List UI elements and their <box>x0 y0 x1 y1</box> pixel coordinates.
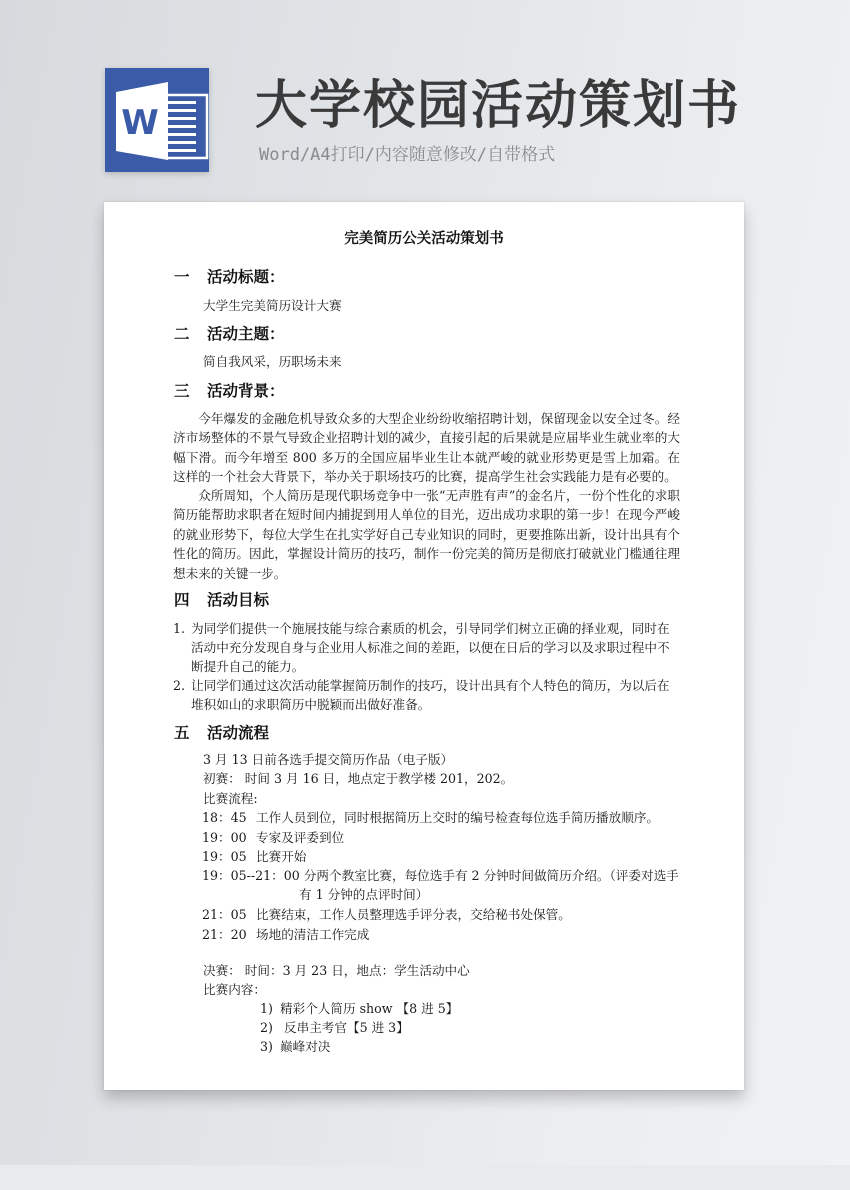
section-heading-background: 三活动背景： <box>174 380 285 402</box>
list-marker: 1. <box>173 619 185 638</box>
final-round-item: 3)巅峰对决 <box>260 1038 330 1056</box>
svg-text:W: W <box>121 103 159 143</box>
background-paragraph: 今年爆发的金融危机导致众多的大型企业纷纷收缩招聘计划，保留现金以安全过冬。经济市… <box>173 409 680 487</box>
section-number: 一 <box>174 266 207 288</box>
schedule-text-wrap: 有 1 分钟的点评时间） <box>202 885 682 904</box>
item-text: 反串主考官【5 进 3】 <box>280 1020 409 1035</box>
section-content: 大学生完美简历设计大赛 <box>203 297 342 315</box>
background-paragraph: 众所周知，个人简历是现代职场竞争中一张“无声胜有声”的金名片，一份个性化的求职简… <box>173 486 680 583</box>
content-label: 比赛内容： <box>203 981 266 999</box>
schedule-text: 分两个教室比赛，每位选手有 2 分钟时间做简历介绍。（评委对选手 <box>304 868 679 883</box>
section-heading-text: 活动标题： <box>207 268 285 286</box>
item-index: 3) <box>260 1038 280 1056</box>
schedule-row: 19：05--21：00 分两个教室比赛，每位选手有 2 分钟时间做简历介绍。（… <box>202 866 682 904</box>
section-heading-title: 一活动标题： <box>174 266 285 288</box>
section-heading-text: 活动目标 <box>207 591 269 609</box>
banner-title: 大学校园活动策划书 <box>255 76 741 136</box>
schedule-row: 21：05 比赛结束，工作人员整理选手评分表，交给秘书处保管。 <box>202 905 682 924</box>
process-label: 比赛流程: <box>203 790 258 808</box>
schedule-text: 比赛开始 <box>256 849 306 864</box>
schedule-text: 工作人员到位，同时根据简历上交时的编号检查每位选手简历播放顺序。 <box>256 810 659 825</box>
section-number: 二 <box>174 323 207 345</box>
schedule-text: 场地的清洁工作完成 <box>256 927 369 942</box>
section-number: 四 <box>174 589 207 611</box>
item-text: 巅峰对决 <box>280 1039 330 1054</box>
schedule-row: 21：20 场地的清洁工作完成 <box>202 925 682 944</box>
schedule-row: 18：45 工作人员到位，同时根据简历上交时的编号检查每位选手简历播放顺序。 <box>202 808 682 827</box>
section-heading-goals: 四活动目标 <box>174 589 269 611</box>
preliminary-line: 初赛： 时间 3 月 16 日，地点定于教学楼 201，202。 <box>203 770 513 788</box>
final-round-line: 决赛： 时间：3 月 23 日，地点：学生活动中心 <box>203 962 470 980</box>
banner-subtitle: Word/A4打印/内容随意修改/自带格式 <box>259 144 555 166</box>
section-number: 三 <box>174 380 207 402</box>
schedule-text: 比赛结束，工作人员整理选手评分表，交给秘书处保管。 <box>256 907 571 922</box>
goal-list-item: 1. 为同学们提供一个施展技能与综合素质的机会，引导同学们树立正确的择业观，同时… <box>173 619 680 676</box>
item-text: 精彩个人简历 show 【8 进 5】 <box>280 1001 458 1016</box>
schedule-row: 19：05 比赛开始 <box>202 847 682 866</box>
schedule-time: 19：05--21：00 <box>202 868 300 883</box>
goal-list-item: 2. 让同学们通过这次活动能掌握简历制作的技巧，设计出具有个人特色的简历，为以后… <box>173 676 680 714</box>
schedule-time: 19：05 <box>202 847 248 866</box>
section-content: 简自我风采，历职场未来 <box>203 353 342 371</box>
document-page: 完美简历公关活动策划书 一活动标题： 大学生完美简历设计大赛 二活动主题： 简自… <box>104 202 744 1090</box>
word-document-icon: W <box>105 68 209 172</box>
final-round-item: 2) 反串主考官【5 进 3】 <box>260 1019 409 1037</box>
section-heading-theme: 二活动主题： <box>174 323 285 345</box>
item-index: 1) <box>260 1000 280 1018</box>
section-heading-text: 活动主题： <box>207 325 285 343</box>
section-heading-text: 活动流程 <box>207 724 269 742</box>
schedule-time: 21：20 <box>202 925 248 944</box>
schedule-row: 19：00 专家及评委到位 <box>202 828 682 847</box>
section-heading-process: 五活动流程 <box>174 722 269 744</box>
list-item-text: 为同学们提供一个施展技能与综合素质的机会，引导同学们树立正确的择业观，同时在活动… <box>191 621 670 674</box>
schedule-time: 21：05 <box>202 905 248 924</box>
item-index: 2) <box>260 1019 280 1037</box>
background-band <box>0 1165 850 1190</box>
document-title: 完美简历公关活动策划书 <box>104 229 744 249</box>
submission-line: 3 月 13 日前各选手提交简历作品（电子版） <box>203 751 453 769</box>
schedule-time: 18：45 <box>202 808 248 827</box>
schedule-time: 19：00 <box>202 828 248 847</box>
section-heading-text: 活动背景： <box>207 382 285 400</box>
section-number: 五 <box>174 722 207 744</box>
schedule-text: 专家及评委到位 <box>256 830 344 845</box>
list-marker: 2. <box>173 676 185 695</box>
final-round-item: 1)精彩个人简历 show 【8 进 5】 <box>260 1000 458 1018</box>
list-item-text: 让同学们通过这次活动能掌握简历制作的技巧，设计出具有个人特色的简历，为以后在堆积… <box>191 678 670 712</box>
